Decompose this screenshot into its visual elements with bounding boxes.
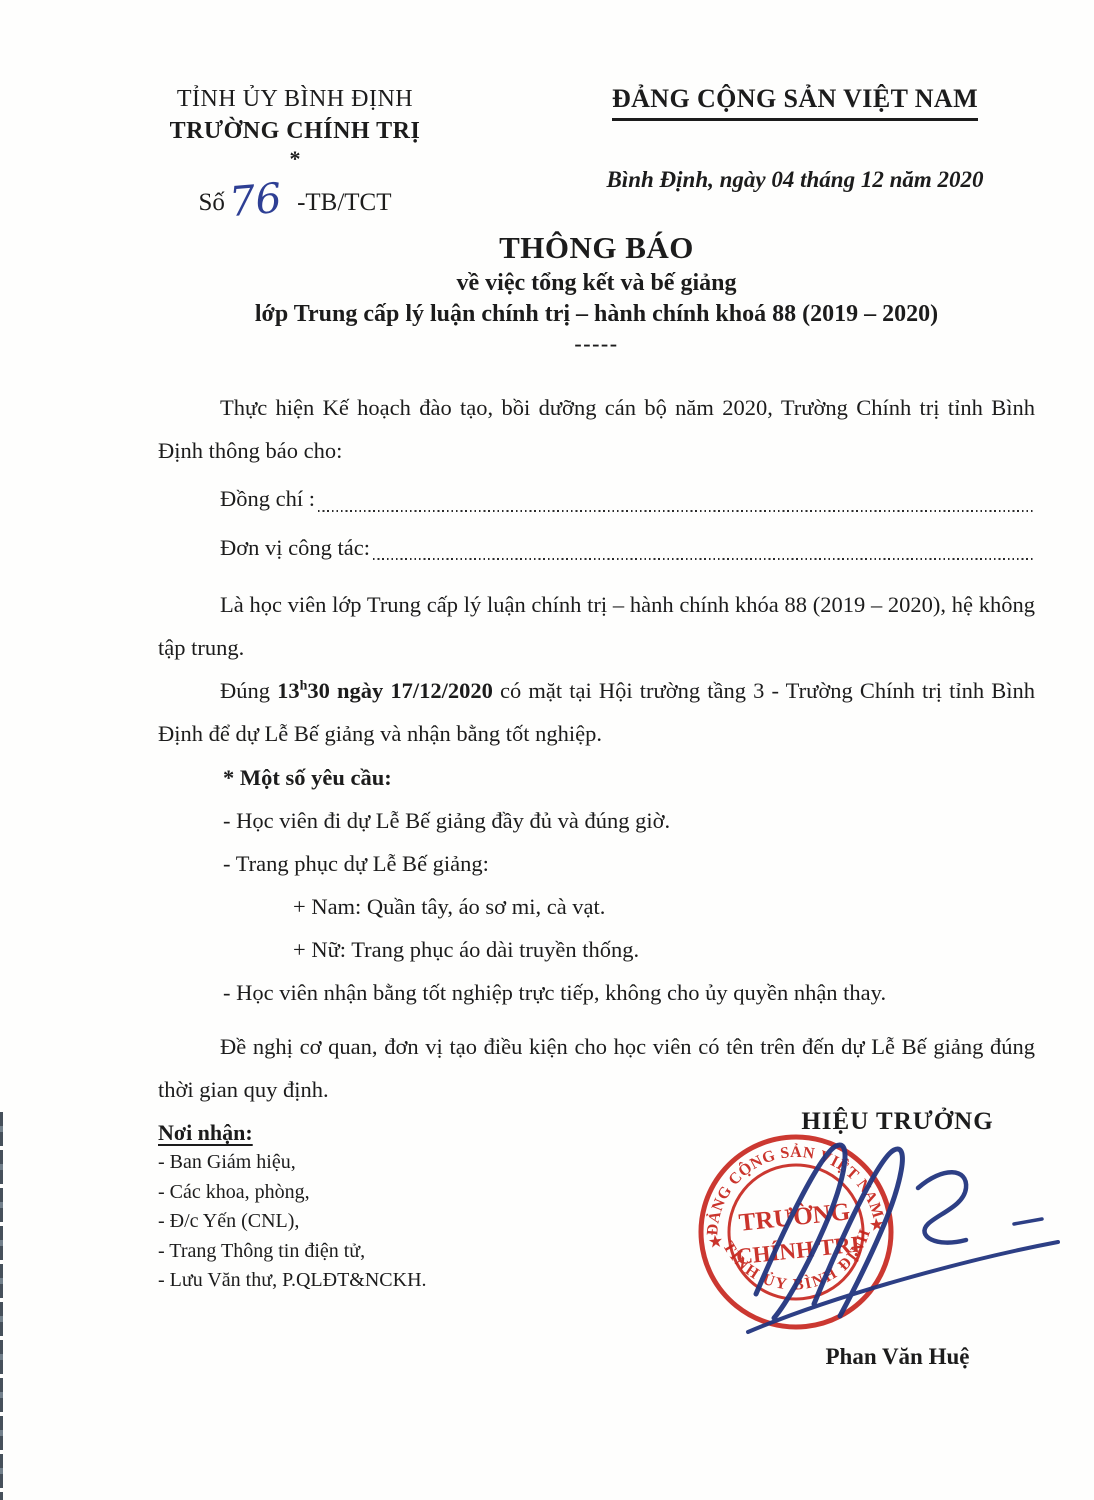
signer-title: HIỆU TRƯỞNG: [700, 1108, 1094, 1136]
document-subtitle-2: lớp Trung cấp lý luận chính trị – hành c…: [158, 301, 1035, 328]
recipient-item: - Trang Thông tin điện tử,: [158, 1238, 427, 1265]
recipient-item: - Đ/c Yến (CNL),: [158, 1208, 427, 1235]
requirements-heading: * Một số yêu cầu:: [158, 756, 1035, 799]
requirement-item: - Học viên đi dự Lễ Bế giảng đầy đủ và đ…: [158, 799, 1035, 842]
issuer-block: TỈNH ỦY BÌNH ĐỊNH TRƯỜNG CHÍNH TRỊ * Số7…: [156, 86, 434, 217]
title-divider: -----: [158, 331, 1035, 357]
recipient-item: - Lưu Văn thư, P.QLĐT&NCKH.: [158, 1267, 427, 1294]
recipient-item: - Các khoa, phòng,: [158, 1179, 427, 1206]
workunit-label: Đơn vị công tác:: [220, 526, 370, 569]
time-date: 30 ngày 17/12/2020: [307, 678, 493, 703]
form-line-workunit: Đơn vị công tác:: [158, 526, 1035, 569]
requirement-item: - Trang phục dự Lễ Bế giảng:: [158, 842, 1035, 885]
number-prefix: Số: [198, 189, 224, 216]
document-number: Số76-TB/TCT: [156, 176, 434, 217]
signature-block: HIỆU TRƯỞNG ĐẢNG CỘNG SẢN VIỆT NAM: [700, 1108, 1094, 1370]
recipients-block: Nơi nhận: - Ban Giám hiệu, - Các khoa, p…: [158, 1120, 427, 1294]
recipients-heading: Nơi nhận:: [158, 1120, 427, 1146]
paragraph-time: Đúng 13h30 ngày 17/12/2020 có mặt tại Hộ…: [158, 669, 1035, 755]
document-page: TỈNH ỦY BÌNH ĐỊNH TRƯỜNG CHÍNH TRỊ * Số7…: [0, 0, 1094, 1500]
paragraph-intro: Thực hiện Kế hoạch đào tạo, bồi dưỡng cá…: [158, 386, 1035, 472]
org-separator-star: *: [156, 148, 434, 170]
time-bold: 13h30 ngày 17/12/2020: [277, 678, 493, 703]
dotted-leader: [318, 509, 1035, 512]
dotted-leader: [373, 557, 1035, 560]
paragraph-student: Là học viên lớp Trung cấp lý luận chính …: [158, 583, 1035, 669]
requirement-subitem: + Nam: Quần tây, áo sơ mi, cà vạt.: [158, 885, 1035, 928]
requirement-subitem: + Nữ: Trang phục áo dài truyền thống.: [158, 928, 1035, 971]
stamp-and-signature: ĐẢNG CỘNG SẢN VIỆT NAM TỈNH ỦY BÌNH ĐỊNH…: [700, 1138, 1094, 1344]
handwritten-number: 76: [228, 178, 284, 223]
stamp-star-left-icon: ★: [708, 1234, 724, 1251]
handwritten-signature: [728, 1136, 1068, 1346]
time-text-pre: Đúng: [220, 678, 277, 703]
paragraph-request: Đề nghị cơ quan, đơn vị tạo điều kiện ch…: [158, 1025, 1035, 1111]
form-line-comrade: Đồng chí :: [158, 477, 1035, 520]
signer-name: Phan Văn Huệ: [700, 1344, 1094, 1370]
document-subtitle-1: về việc tổng kết và bế giảng: [158, 270, 1035, 297]
comrade-label: Đồng chí :: [220, 477, 315, 520]
party-motto: ĐẢNG CỘNG SẢN VIỆT NAM: [612, 84, 978, 121]
requirement-item: - Học viên nhận bằng tốt nghiệp trực tiế…: [158, 971, 1035, 1014]
org-parent: TỈNH ỦY BÌNH ĐỊNH: [156, 86, 434, 113]
place-date: Bình Định, ngày 04 tháng 12 năm 2020: [560, 167, 1030, 193]
title-block: THÔNG BÁO về việc tổng kết và bế giảng l…: [158, 230, 1035, 357]
number-suffix: -TB/TCT: [297, 189, 391, 216]
time-hour: 13: [277, 678, 300, 703]
document-title: THÔNG BÁO: [158, 230, 1035, 266]
document-body: Thực hiện Kế hoạch đào tạo, bồi dưỡng cá…: [158, 386, 1035, 1111]
org-name: TRƯỜNG CHÍNH TRỊ: [156, 118, 434, 145]
motto-date-block: ĐẢNG CỘNG SẢN VIỆT NAM Bình Định, ngày 0…: [560, 84, 1030, 193]
recipient-item: - Ban Giám hiệu,: [158, 1149, 427, 1176]
scan-edge-artifact: [0, 1112, 3, 1500]
